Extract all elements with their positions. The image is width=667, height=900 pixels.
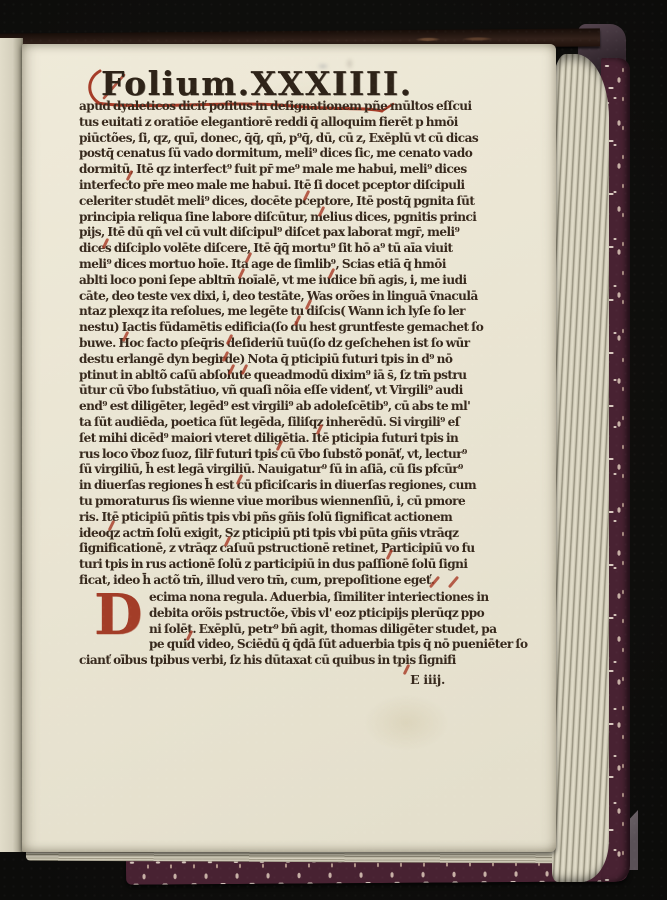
text-line: ris. Itē pticipiū pñtis tpis vbi pñs gñi… bbox=[79, 510, 481, 526]
text-line: piūctões, ſi, qz, quī, donec, q̄q̄, qñ, … bbox=[79, 131, 481, 147]
text-line: turi tpis in rus actionē ſolū z particip… bbox=[79, 557, 481, 573]
text-line: postq̄ cenatus ſū vado dormitum, meli⁹ d… bbox=[79, 146, 481, 162]
text-line: meli⁹ dices mortuo hoīe. Ita age de ſiml… bbox=[79, 257, 481, 273]
text-line: ſignificationē, z vtrāqz caſuū pstructio… bbox=[79, 541, 481, 557]
rubricated-initial-d: D bbox=[94, 592, 142, 639]
text-line: ūtur cū v̄bo ſubstātiuo, vñ quaſi nõia e… bbox=[79, 383, 481, 399]
quire-signature: E iiij. bbox=[79, 672, 445, 687]
text-line: end⁹ est diligēter, legēd⁹ est virgili⁹ … bbox=[79, 399, 481, 415]
text-line: buwe. Hoc facto pſeq̄ris deſideriū tuū(ſ… bbox=[79, 336, 481, 352]
text-line: ta ſūt audiēda, poetica ſūt legēda, ſili… bbox=[79, 415, 481, 431]
paragraph-2: D ecima nona regula. Aduerbia, ſimiliter… bbox=[79, 590, 481, 669]
text-line: principia reliqua ſine labore diſcūtur, … bbox=[79, 210, 481, 226]
paragraph-1: apud dyaleticos diciť poſitus in deſigna… bbox=[79, 99, 481, 589]
text-line: tus euitati z oratiōe elegantiorē reddi … bbox=[79, 115, 481, 131]
text-line: pijs, Itē dū qñ vel cū vult diſcipul⁹ di… bbox=[79, 225, 481, 241]
text-line: celeriter studēt meli⁹ dices, docēte pce… bbox=[79, 194, 481, 210]
text-line: rus loco v̄boz ſuoz, ſilr̄ futuri tpis c… bbox=[79, 447, 481, 463]
text-line: cāte, deo teste vex dixi, i, deo testāte… bbox=[79, 289, 481, 305]
text-line: destu erlangē dyn begirde) Nota q̄ ptici… bbox=[79, 352, 481, 368]
text-line: ablti loco poni ſepe abltm̄ noīalē, vt m… bbox=[79, 273, 481, 289]
text-line: in diuerſas regiones h̄ est cū pficiſcar… bbox=[79, 478, 481, 494]
text-line: ſū virgiliū, h̄ est legā virgiliū. Nauig… bbox=[79, 462, 481, 478]
text-line: dices diſciplo volēte diſcere, Itē q̄q̄ … bbox=[79, 241, 481, 257]
text-line: dormitū, Itē qz interfect⁹ fuit pr̄ me⁹ … bbox=[79, 162, 481, 178]
fore-edge-page-stack bbox=[552, 54, 609, 882]
text-line: cianť oībus tpibus verbi, ſz his dūtaxat… bbox=[79, 653, 481, 669]
text-line: tu pmoraturus ſis wienne viue moribus wi… bbox=[79, 494, 481, 510]
text-line: nestu) Iactis fūdamētis edificia(ſo du h… bbox=[79, 320, 481, 336]
facing-page-gutter bbox=[0, 38, 23, 852]
text-line: interfecto pr̄e meo male me habui. Itē ſ… bbox=[79, 178, 481, 194]
photo-background: Folium.XXXIIII. apud dyaleticos diciť po… bbox=[0, 0, 667, 900]
folio-heading: Folium.XXXIIII. bbox=[101, 64, 413, 103]
text-line: ntaz plexqz ita reſolues, me legēte tu d… bbox=[79, 304, 481, 320]
text-line: ideoqz actm̄ ſolū exigit, Sz pticipiū pt… bbox=[79, 526, 481, 542]
text-line: ptinut in abltõ caſū abſolute queadmodū … bbox=[79, 368, 481, 384]
book-page: Folium.XXXIIII. apud dyaleticos diciť po… bbox=[22, 44, 556, 852]
text-line: apud dyaleticos diciť poſitus in deſigna… bbox=[79, 99, 481, 115]
